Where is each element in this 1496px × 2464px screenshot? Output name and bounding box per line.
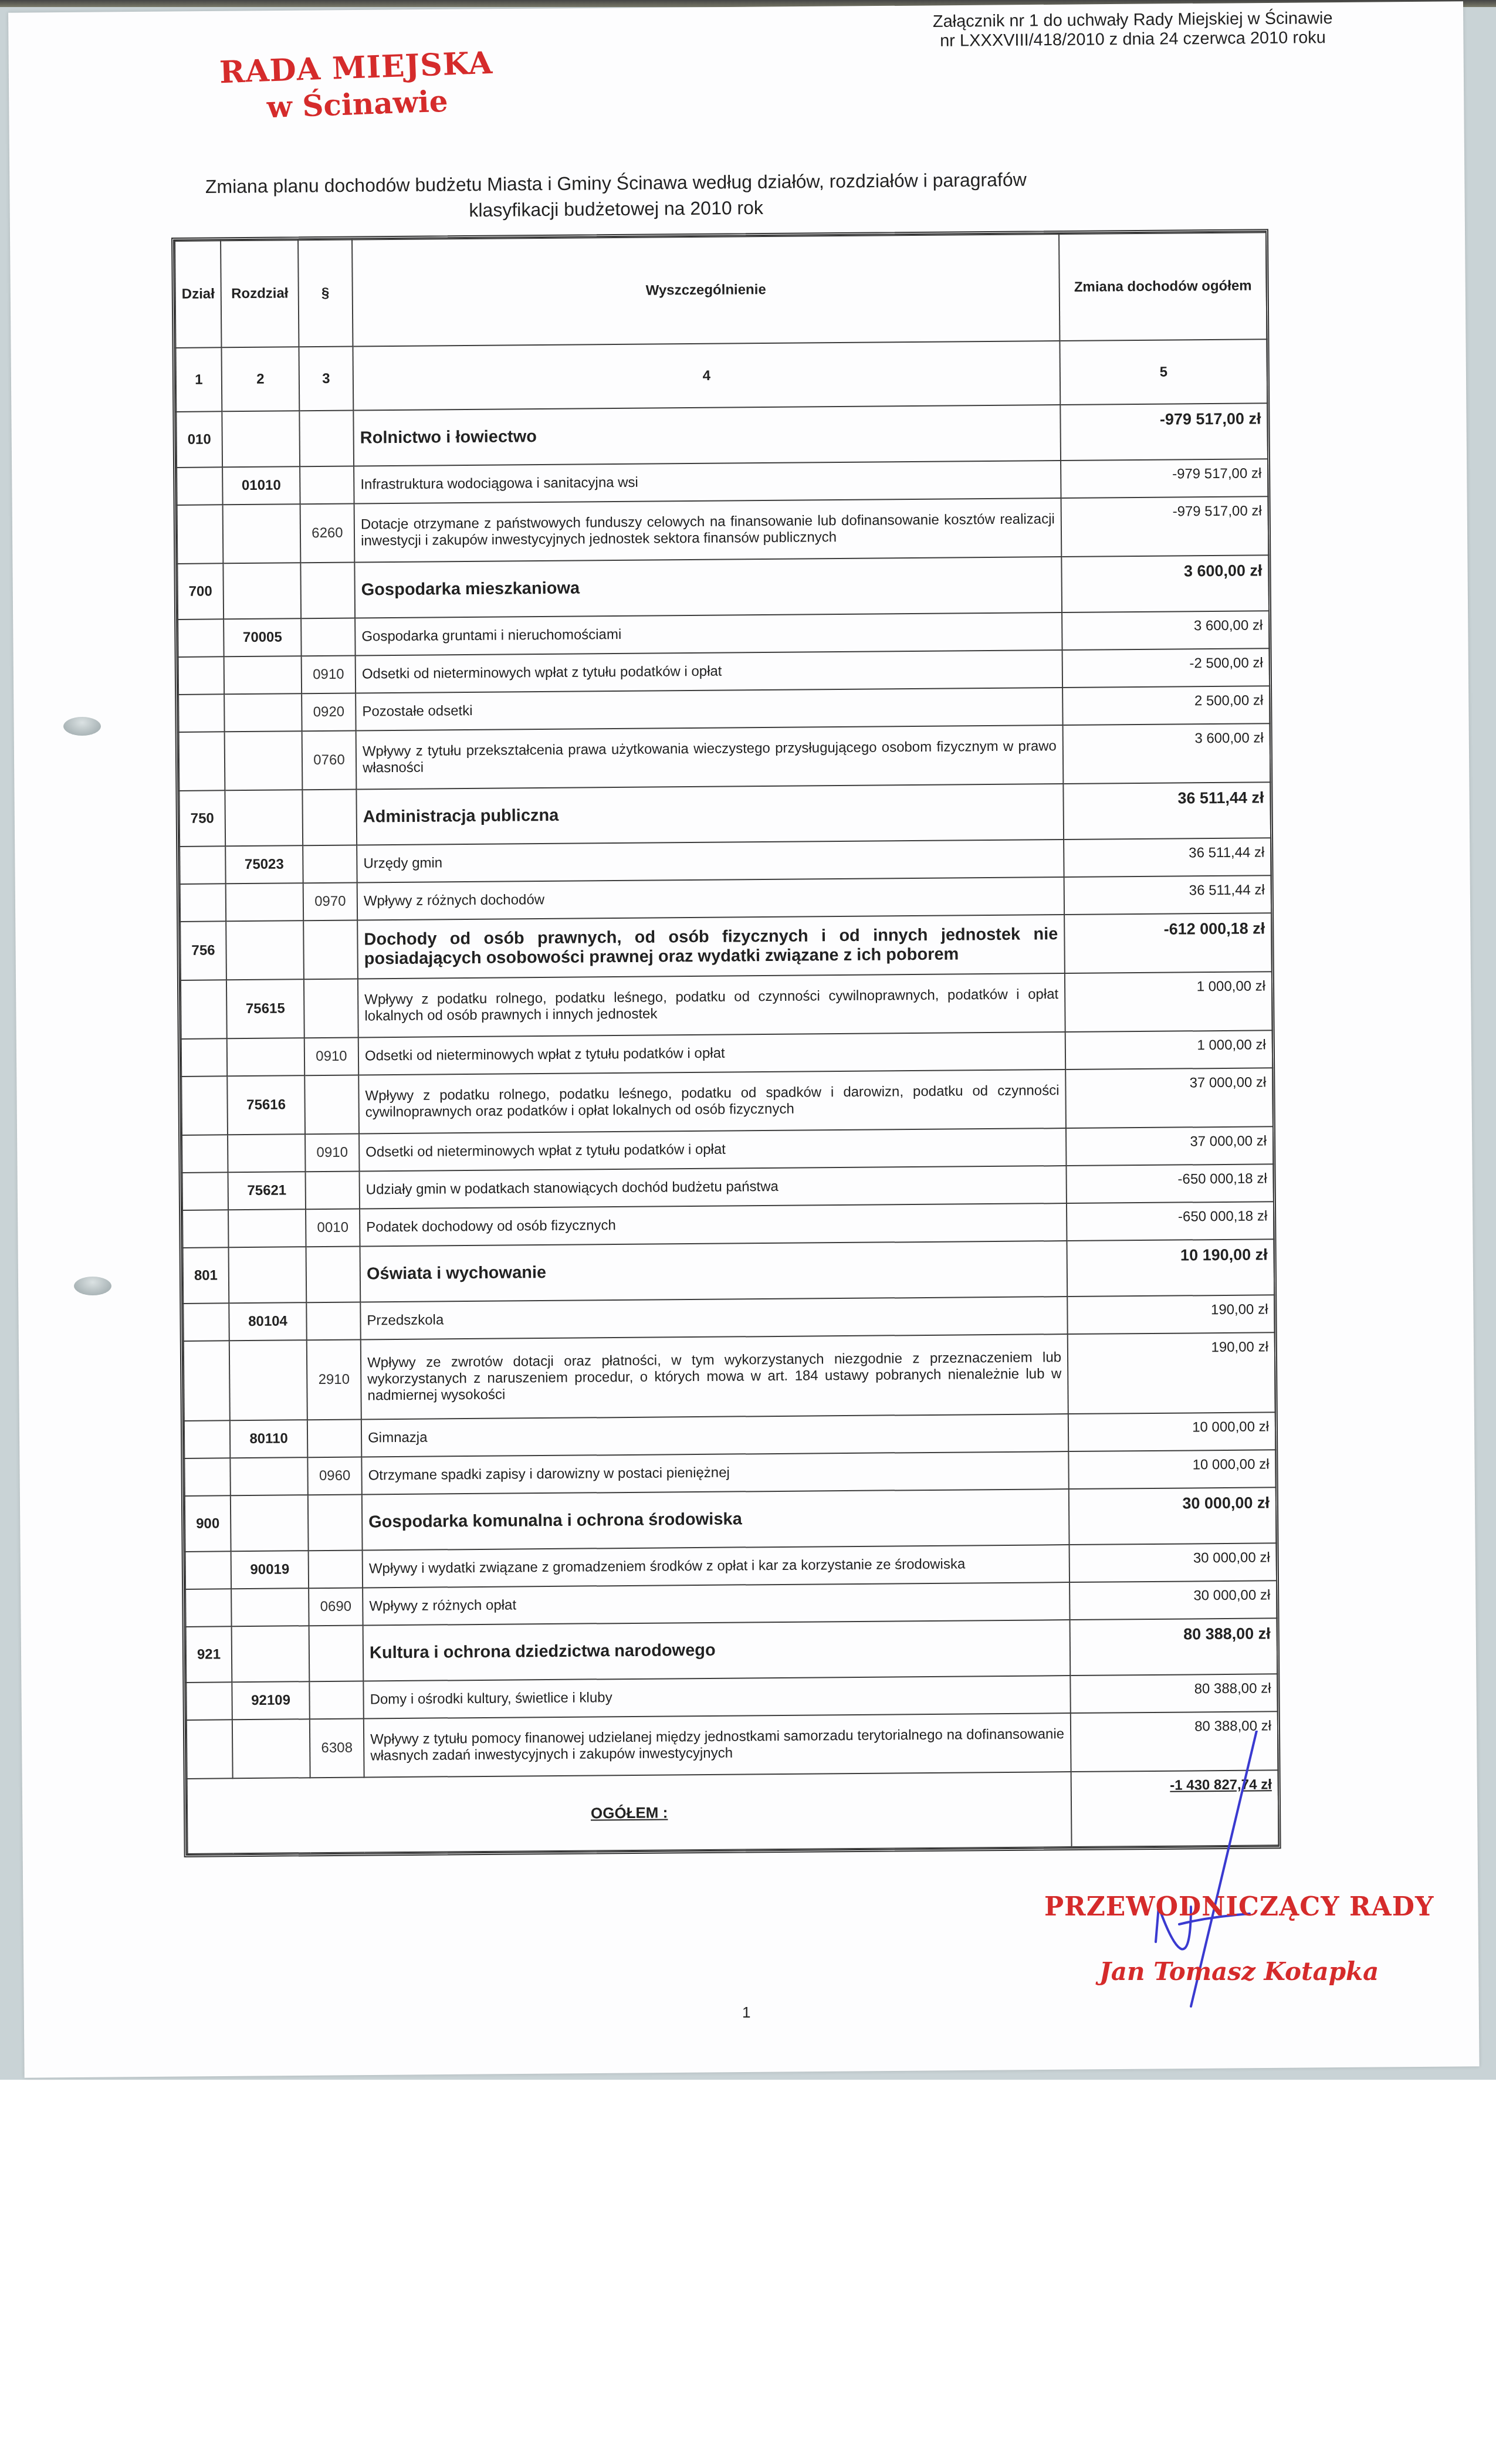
dzial-code: [182, 1172, 229, 1210]
row-description: Przedszkola: [360, 1297, 1067, 1339]
rozdzial-code: 80104: [229, 1302, 306, 1341]
rozdzial-code: [223, 563, 301, 619]
dzial-code: [185, 1589, 232, 1627]
row-description: Wpływy z podatku rolnego, podatku leśneg…: [358, 973, 1065, 1037]
row-amount: 2 500,00 zł: [1062, 686, 1270, 725]
row-amount: 80 388,00 zł: [1070, 1618, 1278, 1676]
row-description: Wpływy z różnych dochodów: [357, 877, 1064, 920]
paragraf-code: 0690: [309, 1588, 363, 1626]
paragraf-code: 6260: [300, 504, 355, 563]
row-description: Dochody od osób prawnych, od osób fizycz…: [357, 915, 1065, 979]
dzial-code: [186, 1682, 232, 1720]
row-amount: 190,00 zł: [1068, 1332, 1275, 1414]
paragraf-code: [307, 1420, 361, 1458]
rozdzial-code: 75023: [225, 845, 303, 884]
dzial-code: [178, 694, 225, 732]
rozdzial-code: 75621: [228, 1172, 306, 1210]
row-amount: 3 600,00 zł: [1061, 555, 1269, 612]
row-description: Oświata i wychowanie: [360, 1241, 1068, 1302]
page-number: 1: [742, 2003, 750, 2022]
row-amount: 37 000,00 zł: [1065, 1068, 1273, 1128]
row-amount: 1 000,00 zł: [1065, 972, 1272, 1032]
row-description: Udziały gmin w podatkach stanowiących do…: [360, 1166, 1067, 1209]
row-amount: 10 190,00 zł: [1067, 1239, 1274, 1297]
paragraf-code: [309, 1626, 364, 1682]
row-amount: 36 511,44 zł: [1064, 838, 1271, 877]
paragraf-code: 0920: [302, 693, 356, 732]
row-description: Otrzymane spadki zapisy i darowizny w po…: [361, 1451, 1068, 1494]
rozdzial-code: [227, 1038, 304, 1076]
row-description: Urzędy gmin: [357, 840, 1064, 882]
rozdzial-code: [230, 1457, 307, 1495]
table-header-row: Dział Rozdział § Wyszczególnienie Zmiana…: [175, 232, 1267, 348]
row-description: Dotacje otrzymane z państwowych funduszy…: [354, 498, 1062, 562]
rozdzial-code: 90019: [231, 1551, 309, 1589]
rozdzial-code: [226, 883, 303, 921]
rozdzial-code: [224, 656, 302, 694]
rozdzial-code: [223, 504, 301, 563]
paragraf-code: [302, 790, 357, 846]
paragraf-code: [303, 920, 358, 980]
table-row-dzial: 756Dochody od osób prawnych, od osób fiz…: [180, 913, 1272, 980]
dzial-code: 921: [186, 1626, 232, 1683]
row-description: Wpływy z różnych opłat: [363, 1582, 1069, 1625]
paragraf-code: 0010: [306, 1209, 360, 1247]
dzial-code: 801: [183, 1247, 229, 1304]
row-amount: -979 517,00 zł: [1061, 496, 1269, 557]
row-description: Domy i ośrodki kultury, świetlice i klub…: [363, 1676, 1070, 1718]
paragraf-code: [301, 618, 355, 656]
table-row-rozdzial: 75616Wpływy z podatku rolnego, podatku l…: [181, 1068, 1273, 1135]
paragraf-code: 0760: [302, 731, 357, 790]
paragraf-code: [304, 1075, 359, 1135]
row-description: Gimnazja: [361, 1414, 1068, 1457]
table-row-paragraf: 6260Dotacje otrzymane z państwowych fund…: [177, 496, 1269, 564]
rozdzial-code: 01010: [222, 466, 300, 505]
table-row-dzial: 750Administracja publiczna36 511,44 zł: [179, 782, 1271, 847]
row-amount: 30 000,00 zł: [1069, 1580, 1277, 1620]
row-amount: 36 511,44 zł: [1063, 782, 1271, 840]
rozdzial-code: [232, 1719, 310, 1778]
row-amount: 10 000,00 zł: [1068, 1450, 1275, 1489]
document-title: Zmiana planu dochodów budżetu Miasta i G…: [188, 167, 1045, 226]
rozdzial-code: [231, 1495, 309, 1551]
dzial-code: 010: [176, 411, 222, 468]
total-label: OGÓŁEM :: [187, 1772, 1072, 1854]
table-body: 010Rolnictwo i łowiectwo-979 517,00 zł01…: [176, 403, 1278, 1779]
dzial-code: [182, 1210, 229, 1248]
row-amount: 36 511,44 zł: [1064, 875, 1271, 915]
paragraf-code: 0970: [303, 883, 357, 921]
paragraf-code: 0960: [307, 1457, 361, 1495]
paragraf-code: 2910: [307, 1340, 361, 1420]
paragraf-code: 6308: [310, 1719, 364, 1778]
paragraf-code: [306, 1247, 361, 1303]
rozdzial-code: [228, 1134, 305, 1172]
row-amount: 30 000,00 zł: [1069, 1487, 1277, 1545]
row-description: Wpływy i wydatki związane z gromadzeniem…: [363, 1545, 1069, 1588]
rozdzial-code: 75615: [226, 979, 304, 1038]
paragraf-code: [299, 411, 354, 467]
row-amount: 190,00 zł: [1067, 1295, 1274, 1334]
column-number: 1: [175, 347, 222, 412]
rozdzial-code: [222, 411, 300, 467]
row-amount: -2 500,00 zł: [1062, 648, 1270, 688]
row-amount: 1 000,00 zł: [1065, 1030, 1272, 1069]
dzial-code: [179, 732, 225, 791]
row-amount: 30 000,00 zł: [1069, 1543, 1277, 1582]
row-description: Odsetki od nieterminowych wpłat z tytułu…: [359, 1128, 1066, 1171]
column-number: 3: [299, 347, 353, 411]
table-row-dzial: 010Rolnictwo i łowiectwo-979 517,00 zł: [176, 403, 1268, 468]
column-number: 2: [221, 347, 299, 411]
column-number-row: 1 2 3 4 5: [175, 339, 1267, 412]
annex-reference: Załącznik nr 1 do uchwały Rady Miejskiej…: [933, 9, 1333, 51]
column-number: 5: [1060, 339, 1267, 405]
row-description: Kultura i ochrona dziedzictwa narodowego: [363, 1620, 1071, 1681]
dzial-code: [182, 1135, 228, 1173]
table-row-dzial: 921Kultura i ochrona dziedzictwa narodow…: [186, 1618, 1278, 1683]
paragraf-code: 0910: [305, 1134, 359, 1172]
paragraf-code: [309, 1551, 363, 1589]
dzial-code: [180, 884, 226, 922]
row-description: Wpływy z tytułu pomocy finanowej udziela…: [364, 1713, 1071, 1777]
dzial-code: [177, 505, 224, 564]
row-amount: 10 000,00 zł: [1068, 1412, 1275, 1451]
row-amount: -650 000,18 zł: [1067, 1201, 1274, 1241]
dzial-code: [184, 1420, 231, 1458]
rozdzial-code: 80110: [230, 1420, 307, 1458]
paragraf-code: [304, 979, 358, 1038]
paragraf-code: [308, 1495, 363, 1551]
header-amount: Zmiana dochodów ogółem: [1059, 232, 1267, 341]
row-amount: 37 000,00 zł: [1066, 1126, 1273, 1166]
column-number: 4: [353, 341, 1060, 410]
paragraf-code: 0910: [302, 656, 356, 694]
rozdzial-code: [225, 790, 303, 846]
paragraf-code: 0910: [304, 1038, 358, 1076]
row-amount: -612 000,18 zł: [1064, 913, 1272, 973]
row-description: Odsetki od nieterminowych wpłat z tytułu…: [356, 650, 1062, 693]
council-stamp: RADA MIEJSKA w Ścinawie: [219, 45, 495, 126]
table-row-paragraf: 0760Wpływy z tytułu przekształcenia praw…: [179, 723, 1271, 791]
dzial-code: 700: [177, 563, 224, 620]
header-rozdzial: Rozdział: [221, 240, 299, 347]
table-row-rozdzial: 75615Wpływy z podatku rolnego, podatku l…: [181, 972, 1272, 1039]
paragraf-code: [300, 466, 354, 505]
header-paragraf: §: [298, 240, 353, 347]
punch-hole: [74, 1277, 111, 1295]
row-amount: 3 600,00 zł: [1062, 611, 1269, 650]
signature-role: PRZEWODNICZĄCY RADY: [1044, 1892, 1434, 1922]
table-row-dzial: 900Gospodarka komunalna i ochrona środow…: [185, 1487, 1277, 1552]
row-description: Wpływy z tytułu przekształcenia prawa uż…: [356, 725, 1064, 789]
paragraf-code: [303, 845, 357, 884]
dzial-code: [178, 619, 224, 657]
row-description: Administracja publiczna: [356, 784, 1064, 845]
dzial-code: 756: [180, 921, 226, 980]
paragraf-code: [300, 563, 355, 619]
row-description: Rolnictwo i łowiectwo: [353, 405, 1061, 466]
dzial-code: [178, 656, 225, 695]
header-dzial: Dział: [175, 241, 221, 348]
row-description: Gospodarka gruntami i nieruchomościami: [355, 612, 1062, 655]
budget-table: Dział Rozdział § Wyszczególnienie Zmiana…: [171, 229, 1281, 1857]
dzial-code: [181, 1038, 228, 1077]
dzial-code: [181, 980, 227, 1039]
rozdzial-code: [229, 1247, 307, 1303]
table-row-dzial: 700Gospodarka mieszkaniowa3 600,00 zł: [177, 555, 1269, 620]
rozdzial-code: [225, 731, 303, 790]
row-amount: 80 388,00 zł: [1070, 1674, 1277, 1713]
rozdzial-code: 75616: [227, 1075, 305, 1135]
punch-hole: [63, 717, 101, 736]
paragraf-code: [309, 1681, 363, 1720]
row-description: Podatek dochodowy od osób fizycznych: [360, 1203, 1067, 1246]
row-amount: -979 517,00 zł: [1060, 403, 1268, 461]
row-amount: -650 000,18 zł: [1066, 1164, 1273, 1203]
table-row-dzial: 801Oświata i wychowanie10 190,00 zł: [183, 1239, 1275, 1304]
signature-name: Jan Tomasz Kotapka: [1044, 1957, 1434, 1986]
annex-line-2: nr LXXXVIII/418/2010 z dnia 24 czerwca 2…: [933, 28, 1333, 51]
row-description: Gospodarka komunalna i ochrona środowisk…: [362, 1489, 1069, 1550]
dzial-code: [180, 846, 226, 884]
chairman-stamp: PRZEWODNICZĄCY RADY Jan Tomasz Kotapka: [1044, 1892, 1434, 1986]
row-description: Wpływy z podatku rolnego, podatku leśneg…: [358, 1069, 1066, 1133]
rozdzial-code: [231, 1588, 309, 1626]
rozdzial-code: [232, 1626, 310, 1682]
dzial-code: 900: [185, 1495, 231, 1552]
header-description: Wyszczególnienie: [352, 234, 1060, 346]
paragraf-code: [306, 1302, 360, 1341]
rozdzial-code: 92109: [232, 1681, 309, 1720]
row-amount: -979 517,00 zł: [1061, 459, 1268, 498]
row-description: Pozostałe odsetki: [356, 688, 1062, 730]
dzial-code: [183, 1303, 229, 1341]
row-description: Wpływy ze zwrotów dotacji oraz płatności…: [361, 1334, 1068, 1419]
rozdzial-code: [229, 1340, 307, 1420]
dzial-code: [184, 1341, 230, 1421]
rozdzial-code: 70005: [224, 618, 301, 656]
dzial-code: [181, 1076, 228, 1135]
row-amount: 3 600,00 zł: [1063, 723, 1271, 784]
row-description: Infrastruktura wodociągowa i sanitacyjna…: [354, 461, 1061, 503]
rozdzial-code: [228, 1209, 306, 1247]
dzial-code: [187, 1720, 233, 1779]
dzial-code: [177, 467, 223, 505]
paragraf-code: [306, 1172, 360, 1210]
row-description: Odsetki od nieterminowych wpłat z tytułu…: [358, 1032, 1065, 1075]
row-description: Gospodarka mieszkaniowa: [354, 557, 1062, 618]
rozdzial-code: [226, 920, 304, 980]
dzial-code: [184, 1458, 231, 1496]
rozdzial-code: [224, 693, 302, 732]
dzial-code: 750: [179, 790, 225, 847]
table-row-paragraf: 2910Wpływy ze zwrotów dotacji oraz płatn…: [184, 1332, 1275, 1421]
dzial-code: [185, 1551, 232, 1589]
